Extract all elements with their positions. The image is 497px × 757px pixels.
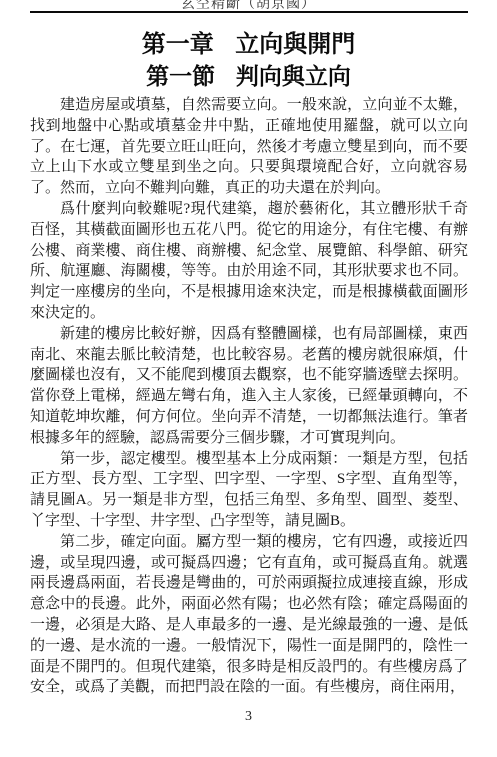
section-name: 判向與立向: [236, 64, 351, 89]
paragraph: 新建的樓房比較好辦，因爲有整體圖樣，也有局部圖樣，東西南北、來龍去脈比較清楚，也…: [30, 324, 468, 449]
chapter-name: 立向與開門: [235, 32, 355, 58]
chapter-label: 第一章: [142, 32, 214, 58]
page-number: 3: [0, 709, 497, 725]
chapter-title: 第一章立向與開門: [0, 24, 497, 59]
header-rule: [30, 11, 468, 13]
book-page: 玄空精斷（胡京國） 第一章立向與開門 第一節判向與立向 建造房屋或墳墓，自然需要…: [0, 0, 497, 757]
paragraph: 爲什麼判向較難呢?現代建築，趨於藝術化，其立體形狀千奇百怪，其橫截面圖形也五花八…: [30, 199, 468, 324]
paragraph: 建造房屋或墳墓，自然需要立向。一般來說，立向並不太難，找到地盤中心點或墳墓金井中…: [30, 95, 468, 199]
paragraph: 第一步，認定樓型。樓型基本上分成兩類：一類是方型，包括正方型、長方型、工字型、凹…: [30, 449, 468, 532]
body-text: 建造房屋或墳墓，自然需要立向。一般來說，立向並不太難，找到地盤中心點或墳墓金井中…: [30, 95, 468, 698]
paragraph: 第二步，確定向面。屬方型一類的樓房，它有四邊，或接近四邊，或呈現四邊，或可擬爲四…: [30, 532, 468, 698]
section-title: 第一節判向與立向: [0, 58, 497, 91]
section-label: 第一節: [146, 64, 215, 89]
